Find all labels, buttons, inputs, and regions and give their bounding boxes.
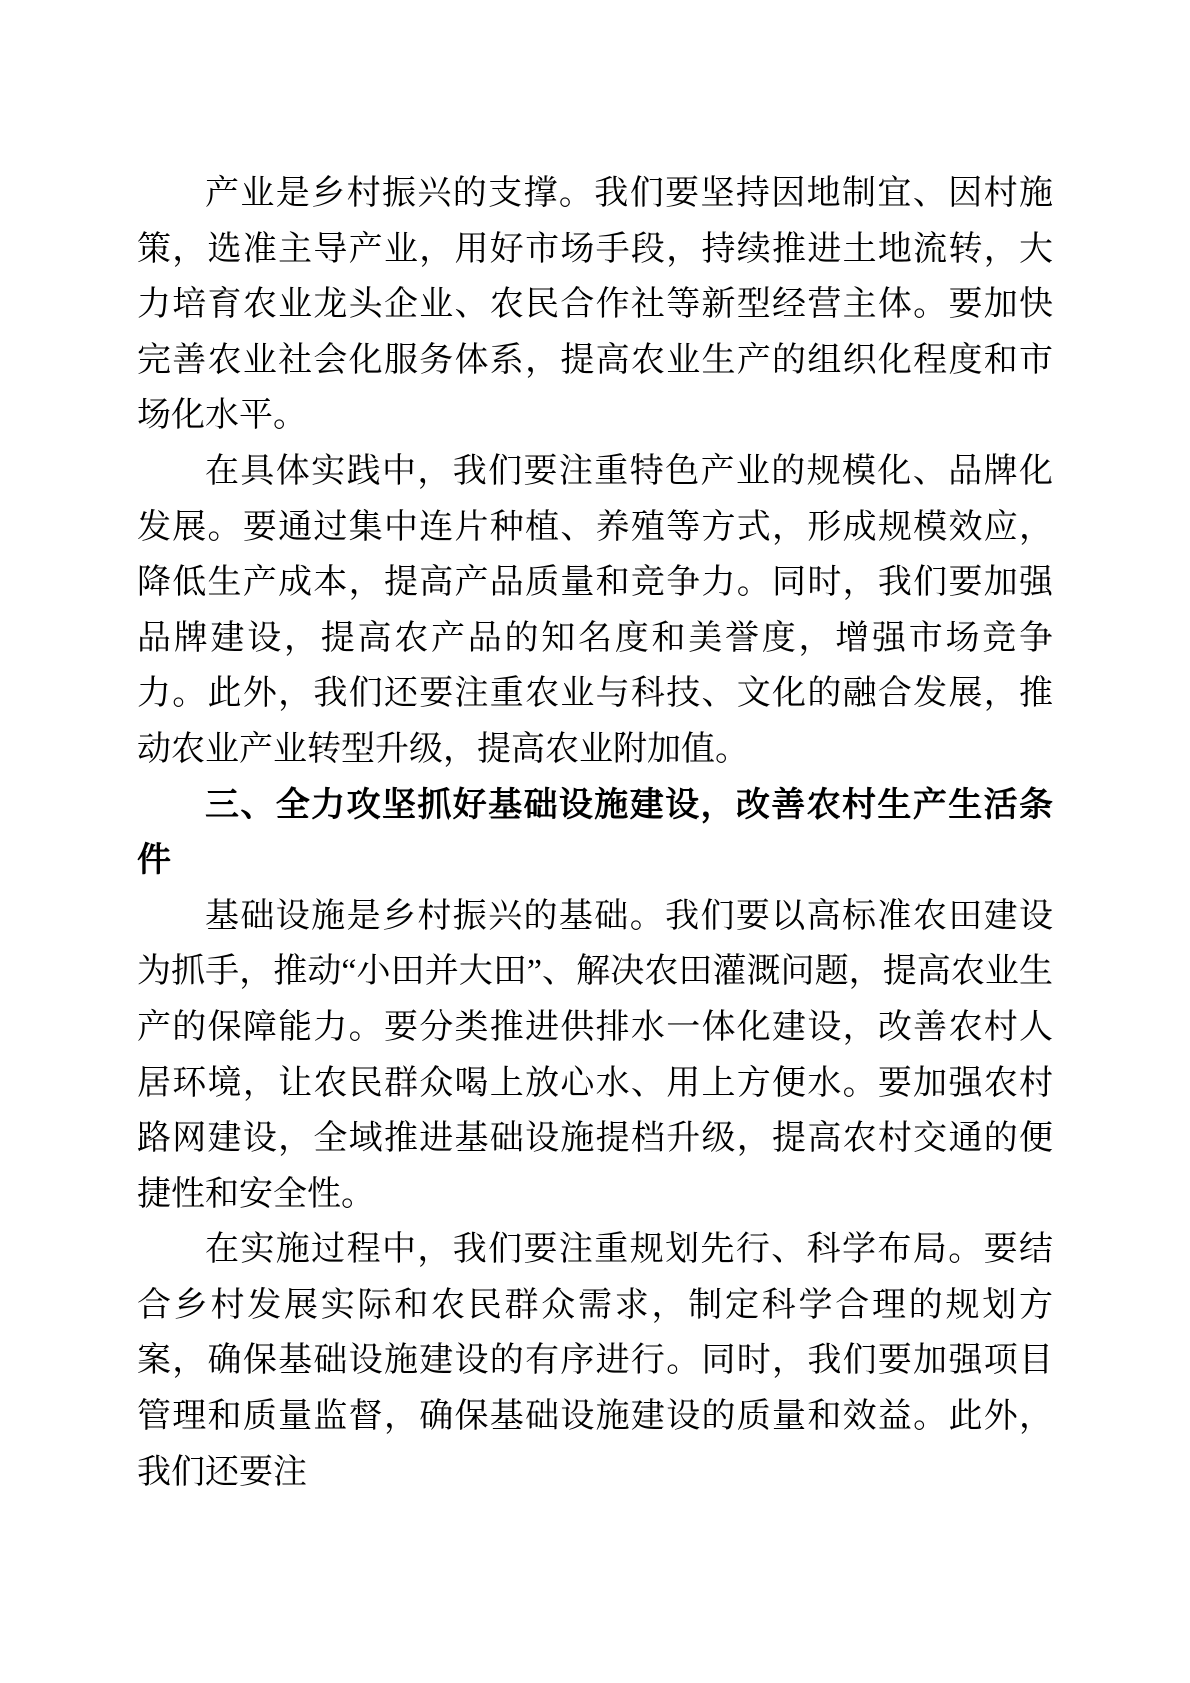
document-page: 产业是乡村振兴的支撑。我们要坚持因地制宜、因村施策，选准主导产业，用好市场手段，…: [0, 0, 1190, 1683]
section-heading: 三、全力攻坚抓好基础设施建设，改善农村生产生活条件: [137, 778, 1053, 889]
body-paragraph: 在具体实践中，我们要注重特色产业的规模化、品牌化发展。要通过集中连片种植、养殖等…: [137, 444, 1053, 778]
document-content: 产业是乡村振兴的支撑。我们要坚持因地制宜、因村施策，选准主导产业，用好市场手段，…: [137, 166, 1053, 1500]
body-paragraph: 基础设施是乡村振兴的基础。我们要以高标准农田建设为抓手，推动“小田并大田”、解决…: [137, 889, 1053, 1223]
body-paragraph: 在实施过程中，我们要注重规划先行、科学布局。要结合乡村发展实际和农民群众需求，制…: [137, 1222, 1053, 1500]
body-paragraph: 产业是乡村振兴的支撑。我们要坚持因地制宜、因村施策，选准主导产业，用好市场手段，…: [137, 166, 1053, 444]
